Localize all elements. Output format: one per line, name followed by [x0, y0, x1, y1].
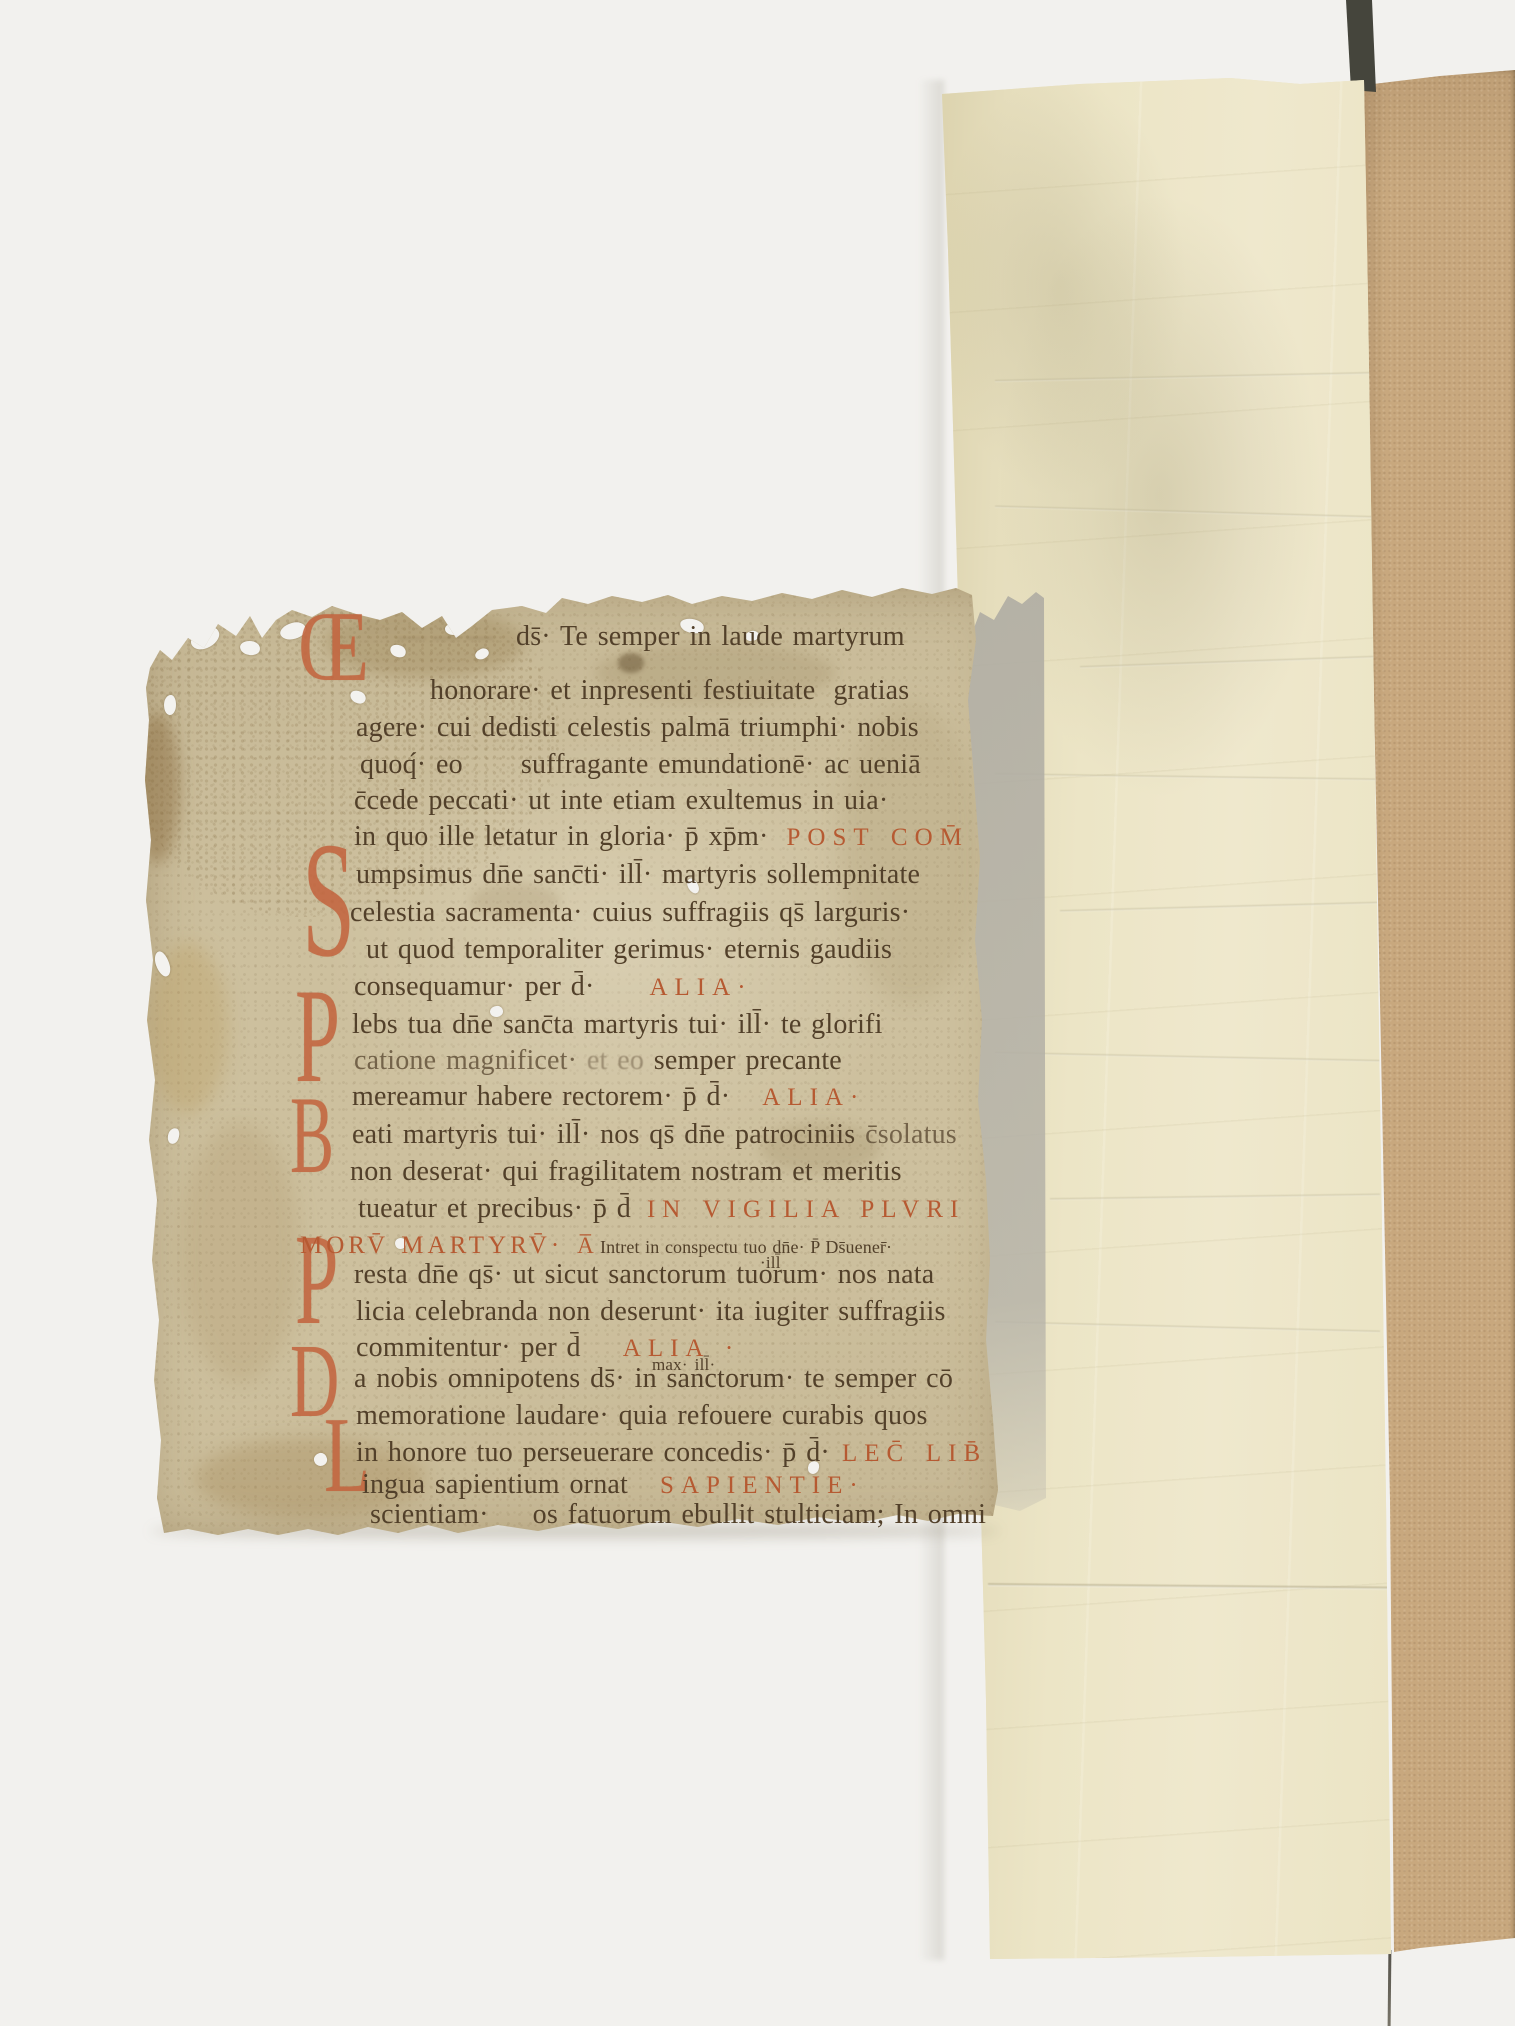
parchment-stain [325, 608, 525, 678]
parchment-stain [195, 1438, 425, 1518]
parchment-stain [618, 653, 644, 673]
parchment-hole [394, 1237, 406, 1249]
manuscript-photo: ŒSPBPDL———ds̄· Te semper in laude martyr… [0, 0, 1515, 2026]
parchment-hole [166, 1127, 181, 1146]
parchment-hole [744, 630, 760, 642]
parchment-hole [445, 623, 463, 636]
page-edge-line [1388, 1950, 1392, 2026]
tissue-crease [995, 372, 1380, 382]
parchment-hole [806, 1459, 821, 1475]
tissue-crease [995, 773, 1380, 780]
parchment-hole [685, 877, 702, 896]
parchment-fragment [140, 583, 1010, 1543]
tissue-crease [995, 1321, 1380, 1332]
parchment-stain [470, 883, 560, 919]
parchment-stain [760, 1123, 880, 1173]
tissue-crease [995, 1052, 1380, 1062]
parchment-stain [595, 643, 835, 703]
parchment-stain [840, 703, 980, 1003]
parchment-stain [135, 713, 180, 863]
spine-dark-sliver [1343, 0, 1377, 92]
tissue-crease [1060, 902, 1380, 912]
parchment-stain [180, 1123, 300, 1383]
tissue-crease [1080, 656, 1380, 668]
tissue-crease [988, 1583, 1388, 1589]
parchment-hole [679, 617, 705, 636]
tissue-crease [1050, 1194, 1380, 1201]
tissue-crease [995, 506, 1380, 519]
parchment-hole [489, 1005, 503, 1017]
